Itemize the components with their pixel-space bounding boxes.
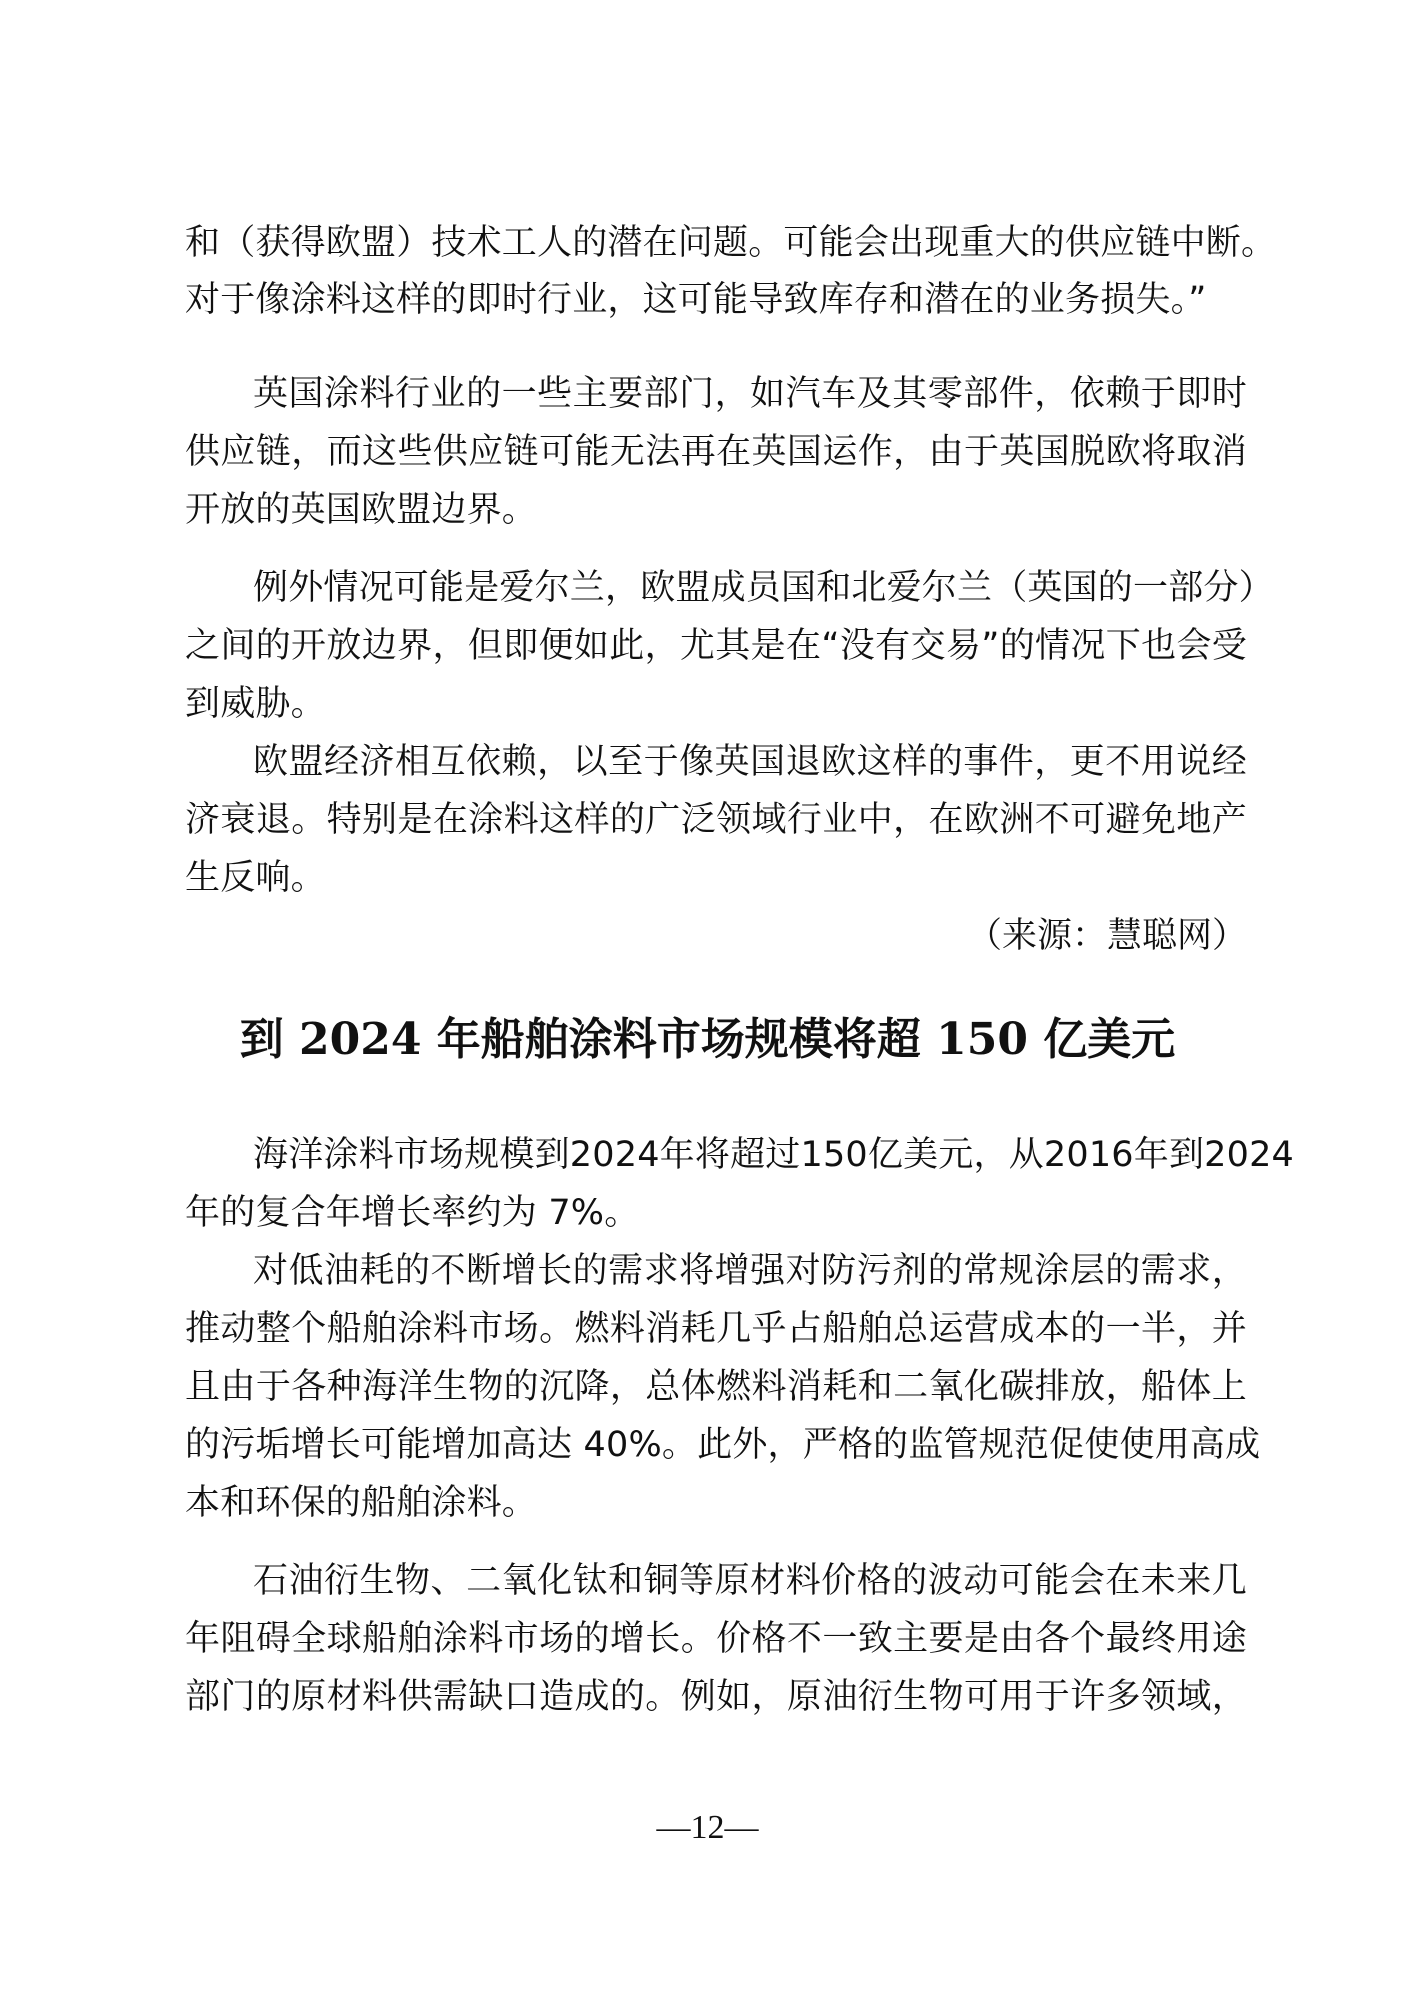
paragraph-first-line: 例外情况可能是爱尔兰，欧盟成员国和北爱尔兰（英国的一部分） bbox=[253, 560, 1247, 616]
text-line: 生反响。 bbox=[185, 850, 1247, 906]
text-line: 的污垢增长可能增加高达 40%。此外，严格的监管规范促使使用高成 bbox=[185, 1417, 1247, 1473]
paragraph-first-line: 海洋涂料市场规模到2024年将超过150亿美元，从2016年到2024 bbox=[253, 1127, 1247, 1183]
page-number: —12— bbox=[0, 1808, 1415, 1848]
text-line: 年阻碍全球船舶涂料市场的增长。价格不一致主要是由各个最终用途 bbox=[185, 1611, 1247, 1667]
text-line: 本和环保的船舶涂料。 bbox=[185, 1475, 1247, 1531]
paragraph-first-line: 英国涂料行业的一些主要部门，如汽车及其零部件，依赖于即时 bbox=[253, 366, 1247, 422]
text-line: 到威胁。 bbox=[185, 676, 1247, 732]
text-line: 对于像涂料这样的即时行业，这可能导致库存和潜在的业务损失。” bbox=[185, 272, 1247, 328]
text-line: 且由于各种海洋生物的沉降，总体燃料消耗和二氧化碳排放，船体上 bbox=[185, 1359, 1247, 1415]
text-line: 推动整个船舶涂料市场。燃料消耗几乎占船舶总运营成本的一半，并 bbox=[185, 1301, 1247, 1357]
paragraph-first-line: 对低油耗的不断增长的需求将增强对防污剂的常规涂层的需求， bbox=[253, 1243, 1247, 1299]
text-line: 和（获得欧盟）技术工人的潜在问题。可能会出现重大的供应链中断。 bbox=[185, 215, 1247, 271]
text-line: 开放的英国欧盟边界。 bbox=[185, 482, 1247, 538]
text-line: 供应链，而这些供应链可能无法再在英国运作，由于英国脱欧将取消 bbox=[185, 424, 1247, 480]
text-line: 年的复合年增长率约为 7%。 bbox=[185, 1185, 1247, 1241]
paragraph-first-line: 欧盟经济相互依赖，以至于像英国退欧这样的事件，更不用说经 bbox=[253, 734, 1247, 790]
text-line: 济衰退。特别是在涂料这样的广泛领域行业中，在欧洲不可避免地产 bbox=[185, 792, 1247, 848]
article-title: 到 2024 年船舶涂料市场规模将超 150 亿美元 bbox=[0, 1008, 1415, 1072]
paragraph-first-line: 石油衍生物、二氧化钛和铜等原材料价格的波动可能会在未来几 bbox=[253, 1553, 1247, 1609]
text-line: 之间的开放边界，但即便如此，尤其是在“没有交易”的情况下也会受 bbox=[185, 618, 1247, 674]
text-line: 部门的原材料供需缺口造成的。例如，原油衍生物可用于许多领域， bbox=[185, 1669, 1247, 1725]
document-page: 和（获得欧盟）技术工人的潜在问题。可能会出现重大的供应链中断。 对于像涂料这样的… bbox=[0, 0, 1415, 2000]
source-attribution: （来源：慧聪网） bbox=[185, 908, 1247, 964]
